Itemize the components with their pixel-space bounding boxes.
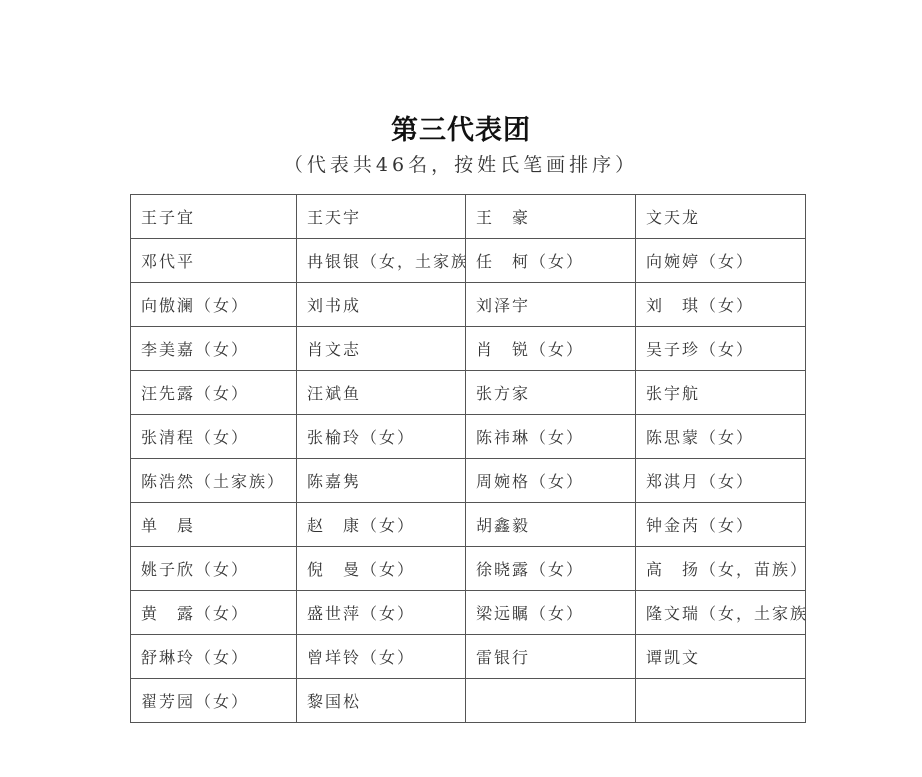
delegate-name-cell: 刘 琪（女）	[636, 283, 806, 327]
delegate-name-cell: 刘泽宇	[466, 283, 636, 327]
table-row: 李美嘉（女）肖文志肖 锐（女）吴子珍（女）	[131, 327, 806, 371]
delegate-name-cell: 陈祎琳（女）	[466, 415, 636, 459]
document-title: 第三代表团	[0, 108, 922, 147]
delegate-name-cell: 向傲澜（女）	[131, 283, 297, 327]
delegate-name-cell: 倪 曼（女）	[297, 547, 466, 591]
delegate-name-cell: 汪先露（女）	[131, 371, 297, 415]
delegate-name-cell: 邓代平	[131, 239, 297, 283]
delegate-name-cell: 谭凯文	[636, 635, 806, 679]
delegate-name-cell: 姚子欣（女）	[131, 547, 297, 591]
delegate-name-cell: 高 扬（女，苗族）	[636, 547, 806, 591]
delegate-name-cell: 盛世萍（女）	[297, 591, 466, 635]
delegate-name-cell: 汪斌鱼	[297, 371, 466, 415]
delegate-name-cell: 任 柯（女）	[466, 239, 636, 283]
delegate-name-cell: 翟芳园（女）	[131, 679, 297, 723]
delegate-name-cell: 舒琳玲（女）	[131, 635, 297, 679]
table-row: 汪先露（女）汪斌鱼张方家张宇航	[131, 371, 806, 415]
delegate-name-cell: 徐晓露（女）	[466, 547, 636, 591]
table-row: 黄 露（女）盛世萍（女）梁远瞩（女）隆文瑞（女，土家族）	[131, 591, 806, 635]
delegate-name-cell: 郑淇月（女）	[636, 459, 806, 503]
delegate-name-cell: 黎国松	[297, 679, 466, 723]
delegate-name-cell: 张宇航	[636, 371, 806, 415]
table-row: 翟芳园（女）黎国松	[131, 679, 806, 723]
delegate-name-cell: 钟金芮（女）	[636, 503, 806, 547]
table-row: 舒琳玲（女）曾垟铃（女）雷银行谭凯文	[131, 635, 806, 679]
delegate-name-cell: 曾垟铃（女）	[297, 635, 466, 679]
delegate-name-cell: 肖文志	[297, 327, 466, 371]
delegates-table: 王子宜王天宇王 豪文天龙邓代平冉银银（女，土家族）任 柯（女）向婉婷（女）向傲澜…	[130, 194, 806, 723]
delegate-name-cell: 肖 锐（女）	[466, 327, 636, 371]
delegate-name-cell: 张榆玲（女）	[297, 415, 466, 459]
delegate-name-cell	[636, 679, 806, 723]
table-row: 王子宜王天宇王 豪文天龙	[131, 195, 806, 239]
delegate-name-cell: 张清程（女）	[131, 415, 297, 459]
delegate-name-cell: 雷银行	[466, 635, 636, 679]
delegate-name-cell: 向婉婷（女）	[636, 239, 806, 283]
table-row: 陈浩然（土家族）陈嘉隽周婉格（女）郑淇月（女）	[131, 459, 806, 503]
delegate-name-cell: 隆文瑞（女，土家族）	[636, 591, 806, 635]
delegate-name-cell	[466, 679, 636, 723]
delegate-name-cell: 胡鑫毅	[466, 503, 636, 547]
delegate-name-cell: 陈思蒙（女）	[636, 415, 806, 459]
document-subtitle: （代表共46名，按姓氏笔画排序）	[0, 150, 922, 177]
table-row: 姚子欣（女）倪 曼（女）徐晓露（女）高 扬（女，苗族）	[131, 547, 806, 591]
table-row: 单 晨赵 康（女）胡鑫毅钟金芮（女）	[131, 503, 806, 547]
delegate-name-cell: 王 豪	[466, 195, 636, 239]
delegate-name-cell: 黄 露（女）	[131, 591, 297, 635]
delegate-name-cell: 李美嘉（女）	[131, 327, 297, 371]
delegate-name-cell: 文天龙	[636, 195, 806, 239]
delegate-name-cell: 陈浩然（土家族）	[131, 459, 297, 503]
delegates-table-body: 王子宜王天宇王 豪文天龙邓代平冉银银（女，土家族）任 柯（女）向婉婷（女）向傲澜…	[131, 195, 806, 723]
delegate-name-cell: 王子宜	[131, 195, 297, 239]
delegate-name-cell: 单 晨	[131, 503, 297, 547]
delegate-name-cell: 陈嘉隽	[297, 459, 466, 503]
delegate-name-cell: 梁远瞩（女）	[466, 591, 636, 635]
table-row: 邓代平冉银银（女，土家族）任 柯（女）向婉婷（女）	[131, 239, 806, 283]
delegate-name-cell: 张方家	[466, 371, 636, 415]
delegate-name-cell: 刘书成	[297, 283, 466, 327]
delegate-name-cell: 冉银银（女，土家族）	[297, 239, 466, 283]
delegate-name-cell: 周婉格（女）	[466, 459, 636, 503]
table-row: 张清程（女）张榆玲（女）陈祎琳（女）陈思蒙（女）	[131, 415, 806, 459]
delegate-name-cell: 吴子珍（女）	[636, 327, 806, 371]
table-row: 向傲澜（女）刘书成刘泽宇刘 琪（女）	[131, 283, 806, 327]
delegate-name-cell: 赵 康（女）	[297, 503, 466, 547]
delegate-name-cell: 王天宇	[297, 195, 466, 239]
